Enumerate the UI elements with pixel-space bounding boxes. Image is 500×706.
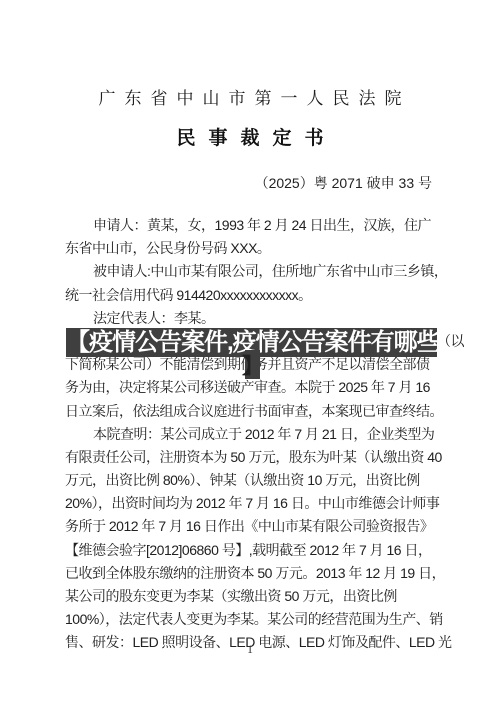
body-line: 有限责任公司，注册资本为 50 万元，股东为叶某（认缴出资 40: [65, 446, 437, 469]
document-body: 申请人：黄某，女，1993 年 2 月 24 日出生，汉族，住广东省中山市，公民…: [65, 214, 437, 655]
body-line: 东省中山市，公民身份号码 XXX。: [65, 237, 437, 260]
case-number: （2025）粤 2071 破申 33 号: [0, 174, 500, 192]
body-line: 【维德会验字[2012]06860 号】,载明截至 2012 年 7 月 16 …: [65, 539, 437, 562]
body-line: 某公司的股东变更为李某（实缴出资 50 万元，出资比例: [65, 585, 437, 608]
body-line: 20%），出资时间均为 2012 年 7 月 16 日。中山市维德会计师事: [65, 492, 437, 515]
body-line: 务所于 2012 年 7 月 16 日作出《中山市某有限公司验资报告》: [65, 515, 437, 538]
page-number: 1: [0, 642, 500, 657]
body-line: 统一社会信用代码 914420xxxxxxxxxxxx。: [65, 284, 437, 307]
document-page: 广东省中山市第一人民法院 民事裁定书 （2025）粤 2071 破申 33 号 …: [0, 0, 500, 706]
obscured-line-visible-fragment: （以: [437, 330, 464, 353]
body-line: 日立案后，依法组成合议庭进行书面审查，本案现已审查终结。: [65, 400, 437, 423]
body-line: 本院查明：某公司成立于 2012 年 7 月 21 日，企业类型为: [65, 423, 437, 446]
document-header: 广东省中山市第一人民法院 民事裁定书 （2025）粤 2071 破申 33 号: [0, 0, 500, 192]
body-line: 被申请人:中山市某有限公司，住所地广东省中山市三乡镇，: [65, 260, 437, 283]
watermark-closing-bracket: 】: [245, 350, 260, 379]
body-line: 已收到全体股东缴纳的注册资本 50 万元。2013 年 12 月 19 日，: [65, 562, 437, 585]
document-title: 民事裁定书: [0, 128, 500, 150]
body-line: 法定代表人：李某。: [65, 307, 437, 330]
court-name: 广东省中山市第一人民法院: [0, 86, 500, 112]
body-line: 万元，出资比例 80%）、钟某（认缴出资 10 万元，出资比例: [65, 469, 437, 492]
body-line: 务为由，决定将某公司移送破产审查。本院于 2025 年 7 月 16: [65, 376, 437, 399]
body-line: 100%），法定代表人变更为李某。某公司的经营范围为生产、销: [65, 608, 437, 631]
body-line: 申请人：黄某，女，1993 年 2 月 24 日出生，汉族，住广: [65, 214, 437, 237]
